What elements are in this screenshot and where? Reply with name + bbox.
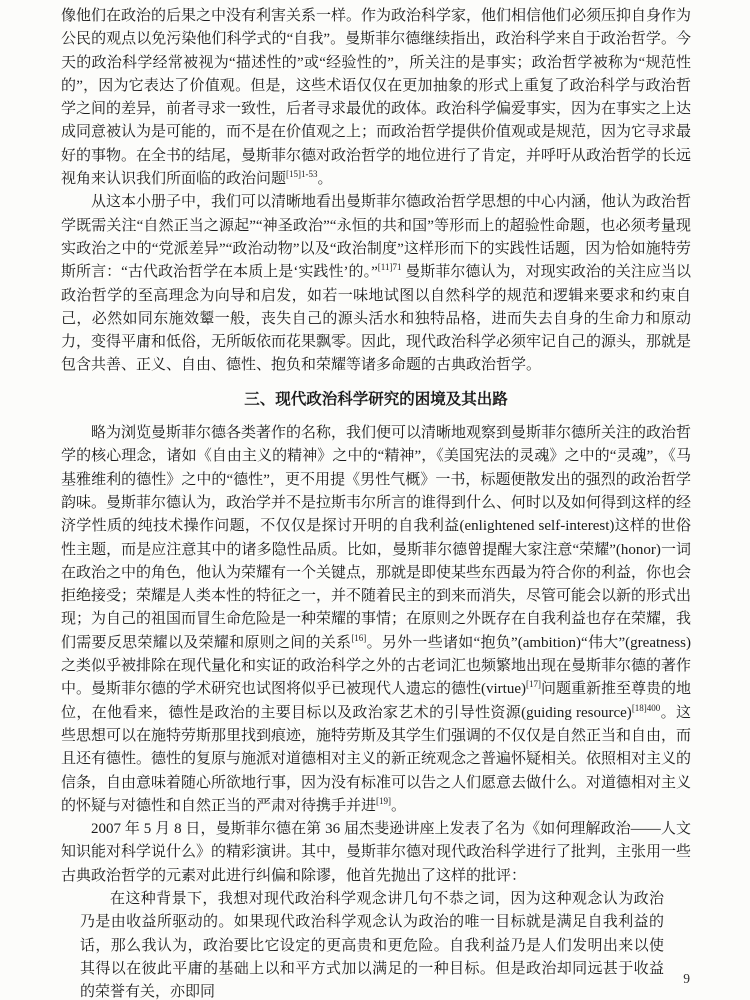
footnote-reference: [18]400	[632, 703, 661, 713]
document-page: 像他们在政治的后果之中没有利害关系一样。作为政治科学家，他们相信他们必须压抑自身…	[0, 0, 750, 1000]
footnote-reference: [19]	[376, 796, 391, 806]
footnote-reference: [11]71	[378, 262, 402, 272]
footnote-reference: [16]	[351, 633, 366, 643]
block-quote-mansfield-critique: 在这种背景下，我想对现代政治科学观念讲几句不恭之词，因为这种观念认为政治乃是由收…	[80, 888, 664, 1000]
paragraph-core-concepts: 略为浏览曼斯菲尔德各类著作的名称，我们便可以清晰地观察到曼斯菲尔德所关注的政治哲…	[61, 422, 691, 818]
paragraph-booklet-summary: 从这本小册子中，我们可以清晰地看出曼斯菲尔德政治哲学思想的中心内涵，他认为政治哲…	[61, 191, 691, 377]
document-body: 像他们在政治的后果之中没有利害关系一样。作为政治科学家，他们相信他们必须压抑自身…	[61, 5, 691, 1000]
paragraph-jefferson-lecture: 2007 年 5 月 8 日，曼斯菲尔德在第 36 届杰斐逊讲座上发表了名为《如…	[61, 818, 691, 888]
page-number: 9	[683, 971, 690, 987]
footnote-reference: [15]1-53	[286, 169, 318, 179]
paragraph-continuation: 像他们在政治的后果之中没有利害关系一样。作为政治科学家，他们相信他们必须压抑自身…	[61, 5, 691, 191]
footnote-reference: [17]	[526, 679, 541, 689]
section-heading: 三、现代政治科学研究的困境及其出路	[61, 388, 691, 411]
